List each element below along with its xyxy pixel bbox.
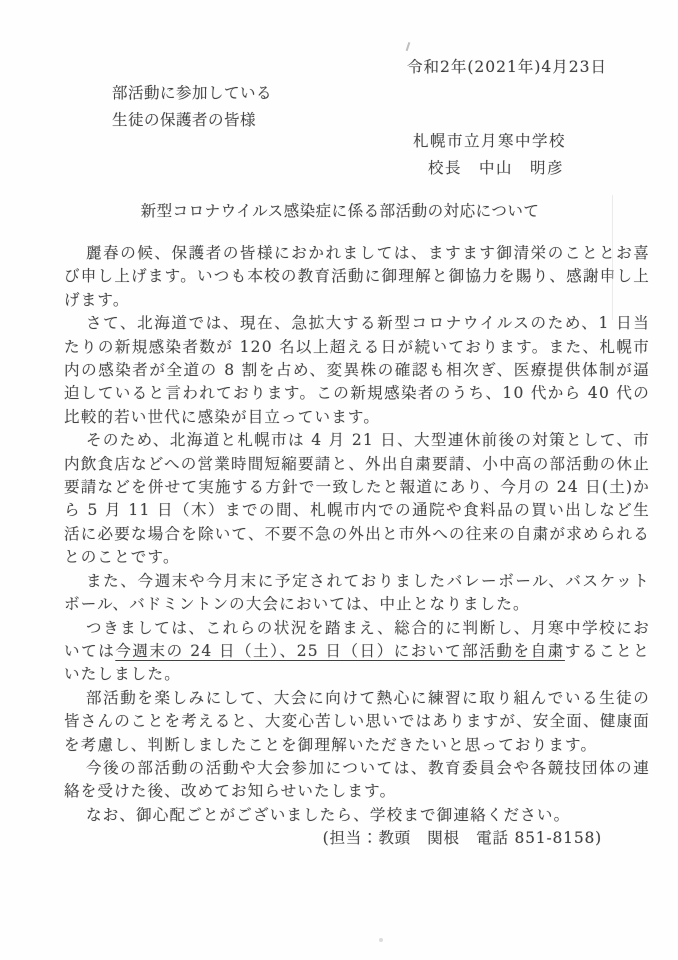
paragraph-apology: 部活動を楽しみにして、大会に向けて熱心に練習に取り組んでいる生徒の皆さんのことを… (64, 687, 650, 757)
club-suspension-underlined-dates: 今週末の 24 日（土）、25 日（日）において部活動を自粛 (115, 642, 565, 660)
paragraph-club-suspension: つきましては、これらの状況を踏まえ、総合的に判断し、月寒中学校においては今週末の… (64, 617, 650, 687)
contact-info: (担当：教頭 関根 電話 851-8158) (64, 827, 650, 850)
document-title: 新型コロナウイルス感染症に係る部活動の対応について (64, 199, 616, 221)
scan-artifact-tick (406, 42, 410, 51)
letter-body: 麗春の候、保護者の皆様におかれましては、ますます御清栄のこととお喜び申し上げます… (64, 242, 650, 851)
paragraph-future-notice: 今後の部活動の活動や大会参加については、教育委員会や各競技団体の連絡を受けた後、… (64, 757, 650, 804)
letter-document: 令和2年(2021年)4月23日 部活動に参加している 生徒の保護者の皆様 札幌… (0, 0, 678, 960)
paragraph-infection-status: さて、北海道では、現在、急拡大する新型コロナウイルスのため、1 日当たりの新規感… (64, 312, 650, 429)
sender-block: 札幌市立月寒中学校 校長 中山 明彦 (413, 128, 566, 181)
scan-artifact-dot (379, 938, 383, 942)
sender-principal: 校長 中山 明彦 (428, 155, 566, 182)
recipient-block: 部活動に参加している 生徒の保護者の皆様 (112, 80, 272, 134)
sender-school: 札幌市立月寒中学校 (413, 128, 566, 155)
paragraph-tournament-cancellations: また、今週末や今月末に予定されておりましたバレーボール、バスケットボール、バドミ… (64, 570, 650, 617)
recipient-line-1: 部活動に参加している (112, 80, 272, 107)
paragraph-greeting: 麗春の候、保護者の皆様におかれましては、ますます御清栄のこととお喜び申し上げます… (64, 242, 650, 312)
document-date: 令和2年(2021年)4月23日 (0, 55, 607, 77)
recipient-line-2: 生徒の保護者の皆様 (112, 107, 272, 134)
paragraph-contact-invitation: なお、御心配ごとがございましたら、学校まで御連絡ください。 (64, 804, 650, 827)
paragraph-government-measures: そのため、北海道と札幌市は 4 月 21 日、大型連休前後の対策として、市内飲食… (64, 429, 650, 569)
